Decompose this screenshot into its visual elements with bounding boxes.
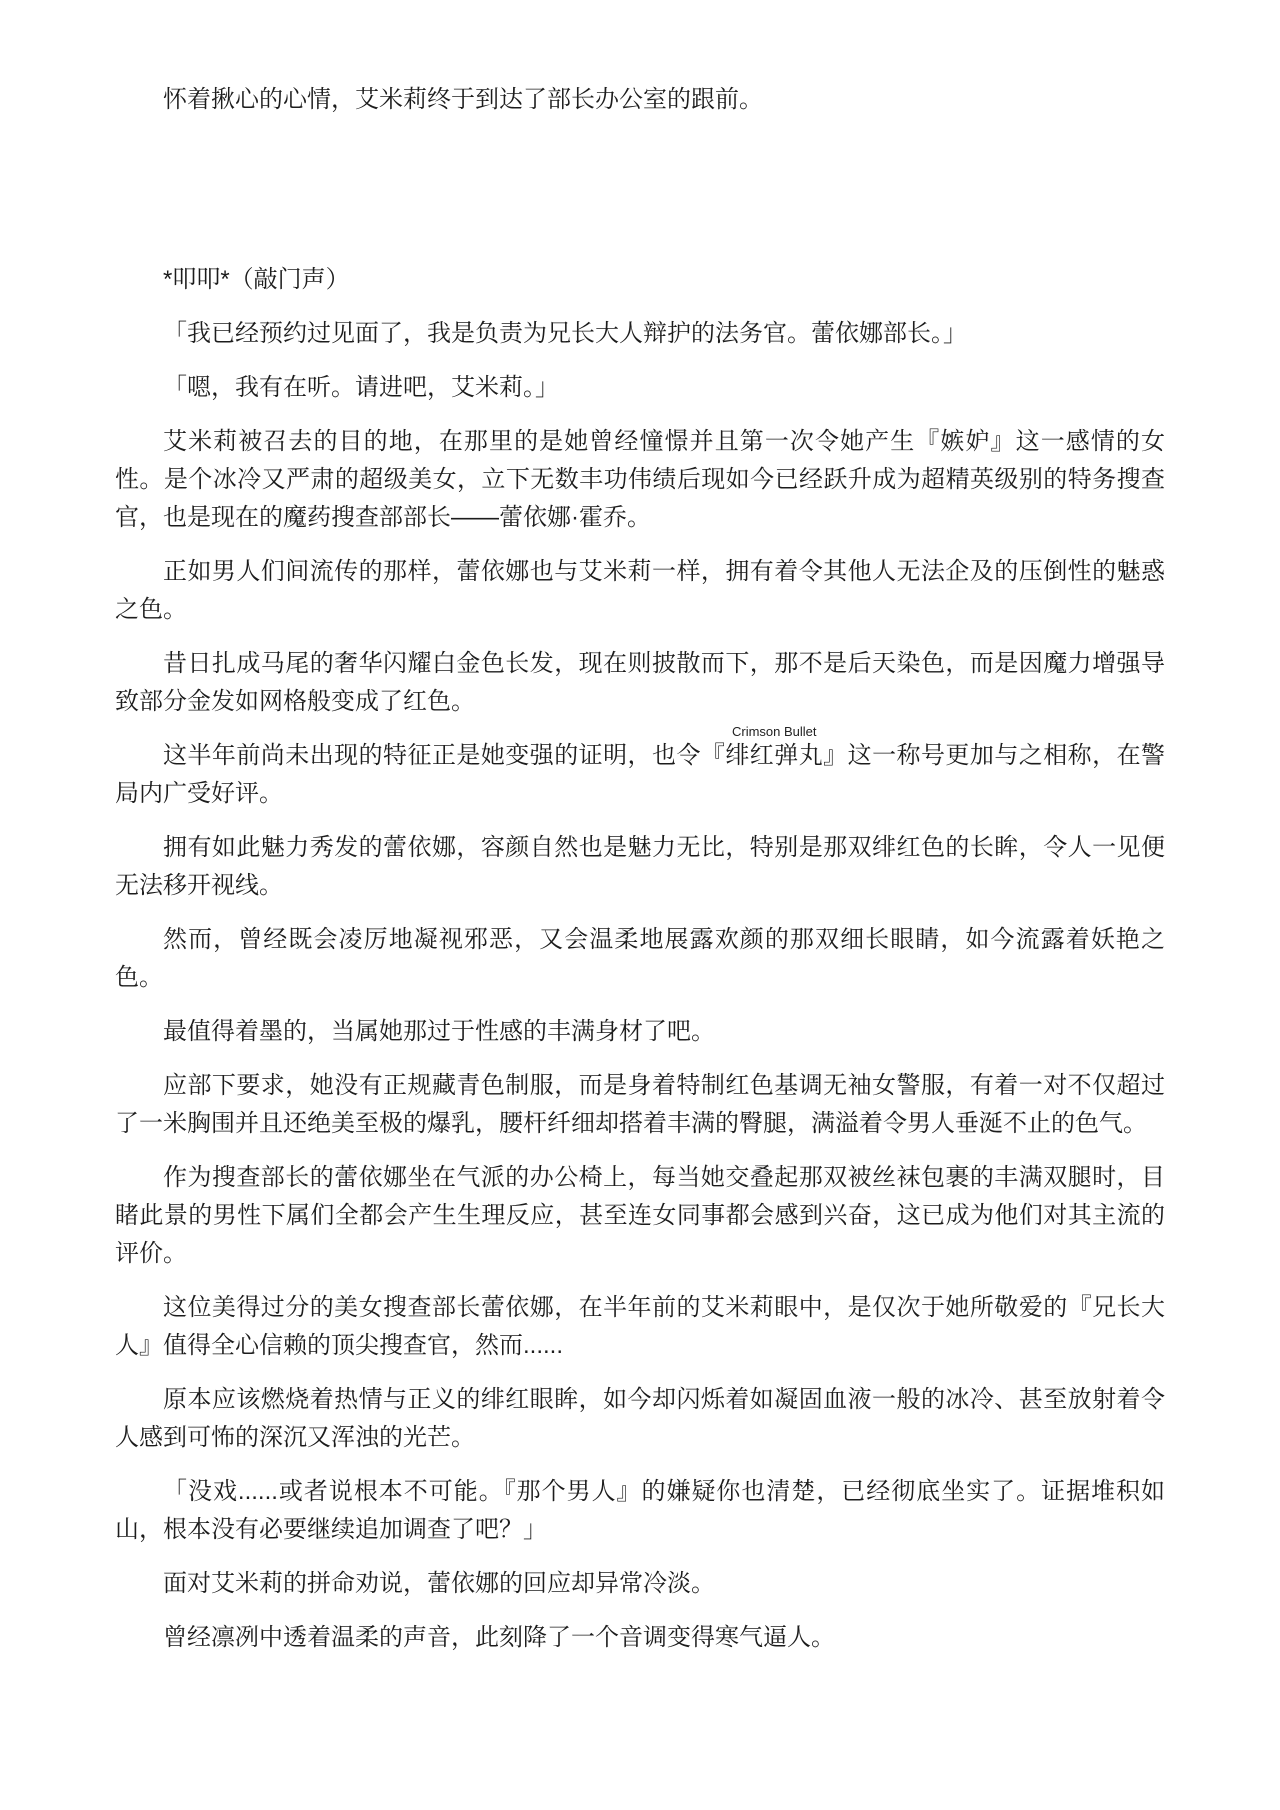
ruby-before-text: 这半年前尚未出现的特征正是她变强的证明，也令『 bbox=[163, 742, 725, 769]
paragraph-uniform: 应部下要求，她没有正规藏青色制服，而是身着特制红色基调无袖女警服，有着一对不仅超… bbox=[115, 1067, 1165, 1143]
paragraph-gaze: 然而，曾经既会凌厉地凝视邪恶，又会温柔地展露欢颜的那双细长眼睛，如今流露着妖艳之… bbox=[115, 921, 1165, 997]
document-body: 怀着揪心的心情，艾米莉终于到达了部长办公室的跟前。 *叩叩*（敲门声） 「我已经… bbox=[0, 0, 1280, 1657]
ruby-base-text: 绯红弹丸 bbox=[725, 742, 823, 769]
dialogue-reina-reply: 「嗯，我有在听。请进吧，艾米莉。」 bbox=[115, 369, 1165, 407]
paragraph-destination: 艾米莉被召去的目的地，在那里的是她曾经憧憬并且第一次令她产生『嫉妒』这一感情的女… bbox=[115, 423, 1165, 537]
dialogue-emily-request: 「我已经预约过见面了，我是负责为兄长大人辩护的法务官。蕾依娜部长。」 bbox=[115, 315, 1165, 353]
paragraph-eyes: 拥有如此魅力秀发的蕾依娜，容颜自然也是魅力无比，特别是那双绯红色的长眸，令人一见… bbox=[115, 829, 1165, 905]
blank-gap bbox=[115, 135, 1165, 261]
paragraph-opening: 怀着揪心的心情，艾米莉终于到达了部长办公室的跟前。 bbox=[115, 81, 1165, 119]
dialogue-reina-rejection: 「没戏......或者说根本不可能。『那个男人』的嫌疑你也清楚，已经彻底坐实了。… bbox=[115, 1473, 1165, 1549]
ruby-annotation: Crimson Bullet bbox=[732, 725, 817, 738]
paragraph-figure: 最值得着墨的，当属她那过于性感的丰满身材了吧。 bbox=[115, 1013, 1165, 1051]
paragraph-hair: 昔日扎成马尾的奢华闪耀白金色长发，现在则披散而下，那不是后天染色，而是因魔力增强… bbox=[115, 645, 1165, 721]
paragraph-charm: 正如男人们间流传的那样，蕾依娜也与艾米莉一样，拥有着令其他人无法企及的压倒性的魅… bbox=[115, 553, 1165, 629]
paragraph-trusted-investigator: 这位美得过分的美女搜查部长蕾依娜，在半年前的艾米莉眼中，是仅次于她所敬爱的『兄长… bbox=[115, 1289, 1165, 1365]
ruby-annotated-term: Crimson Bullet绯红弹丸 bbox=[725, 742, 823, 769]
paragraph-voice: 曾经凛冽中透着温柔的声音，此刻降了一个音调变得寒气逼人。 bbox=[115, 1619, 1165, 1657]
paragraph-cold-response: 面对艾米莉的拼命劝说，蕾依娜的回应却异常冷淡。 bbox=[115, 1565, 1165, 1603]
paragraph-office-chair: 作为搜查部长的蕾依娜坐在气派的办公椅上，每当她交叠起那双被丝袜包裹的丰满双腿时，… bbox=[115, 1159, 1165, 1273]
paragraph-cold-eyes: 原本应该燃烧着热情与正义的绯红眼眸，如今却闪烁着如凝固血液一般的冰冷、甚至放射着… bbox=[115, 1381, 1165, 1457]
paragraph-crimson-bullet: 这半年前尚未出现的特征正是她变强的证明，也令『Crimson Bullet绯红弹… bbox=[115, 737, 1165, 813]
paragraph-knock-sfx: *叩叩*（敲门声） bbox=[115, 261, 1165, 299]
